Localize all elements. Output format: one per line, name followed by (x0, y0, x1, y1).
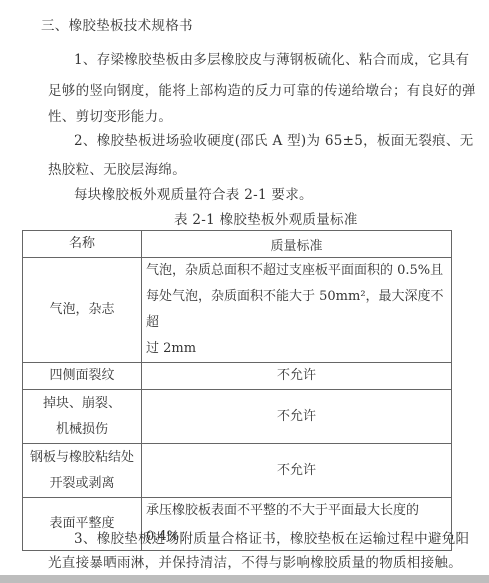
table-row: 钢板与橡胶粘结处 开裂或剥离 不允许 (23, 444, 452, 498)
row-standard: 不允许 (142, 390, 452, 444)
row-name: 气泡，杂志 (23, 258, 142, 363)
table-caption: 表 2-1 橡胶垫板外观质量标准 (174, 211, 358, 229)
viewer-bottom-bar (0, 575, 489, 583)
row-standard: 不允许 (142, 363, 452, 390)
paragraph-1-line-1: 1、存梁橡胶垫板由多层橡胶皮与薄钢板硫化、粘合而成，它具有 (74, 51, 469, 69)
row-standard: 不允许 (142, 444, 452, 498)
name-line: 机械损伤 (27, 417, 137, 443)
name-line: 掉块、崩裂、 (27, 391, 137, 417)
table-row: 四侧面裂纹 不允许 (23, 363, 452, 390)
paragraph-4-line-2: 光直接暴晒雨淋，并保持清洁，不得与影响橡胶质量的物质相接触。 (48, 554, 462, 572)
standard-line: 每处气泡，杂质面积不能大于 50mm²，最大深度不超 (146, 284, 447, 336)
table-row: 掉块、崩裂、 机械损伤 不允许 (23, 390, 452, 444)
row-name: 掉块、崩裂、 机械损伤 (23, 390, 142, 444)
paragraph-1-line-2: 足够的竖向钢度，能将上部构造的反力可靠的传递给墩台；有良好的弹 (48, 82, 476, 100)
paragraph-4-line-1: 3、橡胶垫板进场附质量合格证书，橡胶垫板在运输过程中避免阳 (74, 530, 469, 548)
standard-line: 气泡，杂质总面积不超过支座板平面面积的 0.5%且 (146, 258, 447, 284)
name-line: 钢板与橡胶粘结处 (27, 445, 137, 471)
paragraph-1-line-3: 性、剪切变形能力。 (48, 108, 172, 126)
standard-line: 承压橡胶板表面不平整的不大于平面最大长度的 (146, 498, 447, 524)
row-name: 四侧面裂纹 (23, 363, 142, 390)
paragraph-3: 每块橡胶板外观质量符合表 2-1 要求。 (74, 186, 313, 204)
table-row: 气泡，杂志 气泡，杂质总面积不超过支座板平面面积的 0.5%且 每处气泡，杂质面… (23, 258, 452, 363)
document-page: 三、橡胶垫板技术规格书 1、存梁橡胶垫板由多层橡胶皮与薄钢板硫化、粘合而成，它具… (0, 0, 489, 572)
paragraph-2-line-2: 热胶粒、无胶层海绵。 (48, 161, 186, 179)
header-name: 名称 (23, 231, 142, 258)
header-standard: 质量标准 (142, 231, 452, 258)
quality-standard-table: 名称 质量标准 气泡，杂志 气泡，杂质总面积不超过支座板平面面积的 0.5%且 … (22, 230, 452, 551)
name-line: 开裂或剥离 (27, 471, 137, 497)
paragraph-2-line-1: 2、橡胶垫板进场验收硬度(邵氏 A 型)为 65±5，板面无裂痕、无 (74, 132, 474, 150)
section-heading: 三、橡胶垫板技术规格书 (41, 17, 193, 35)
standard-line: 过 2mm (146, 336, 447, 362)
table-header-row: 名称 质量标准 (23, 231, 452, 258)
row-standard: 气泡，杂质总面积不超过支座板平面面积的 0.5%且 每处气泡，杂质面积不能大于 … (142, 258, 452, 363)
row-name: 钢板与橡胶粘结处 开裂或剥离 (23, 444, 142, 498)
